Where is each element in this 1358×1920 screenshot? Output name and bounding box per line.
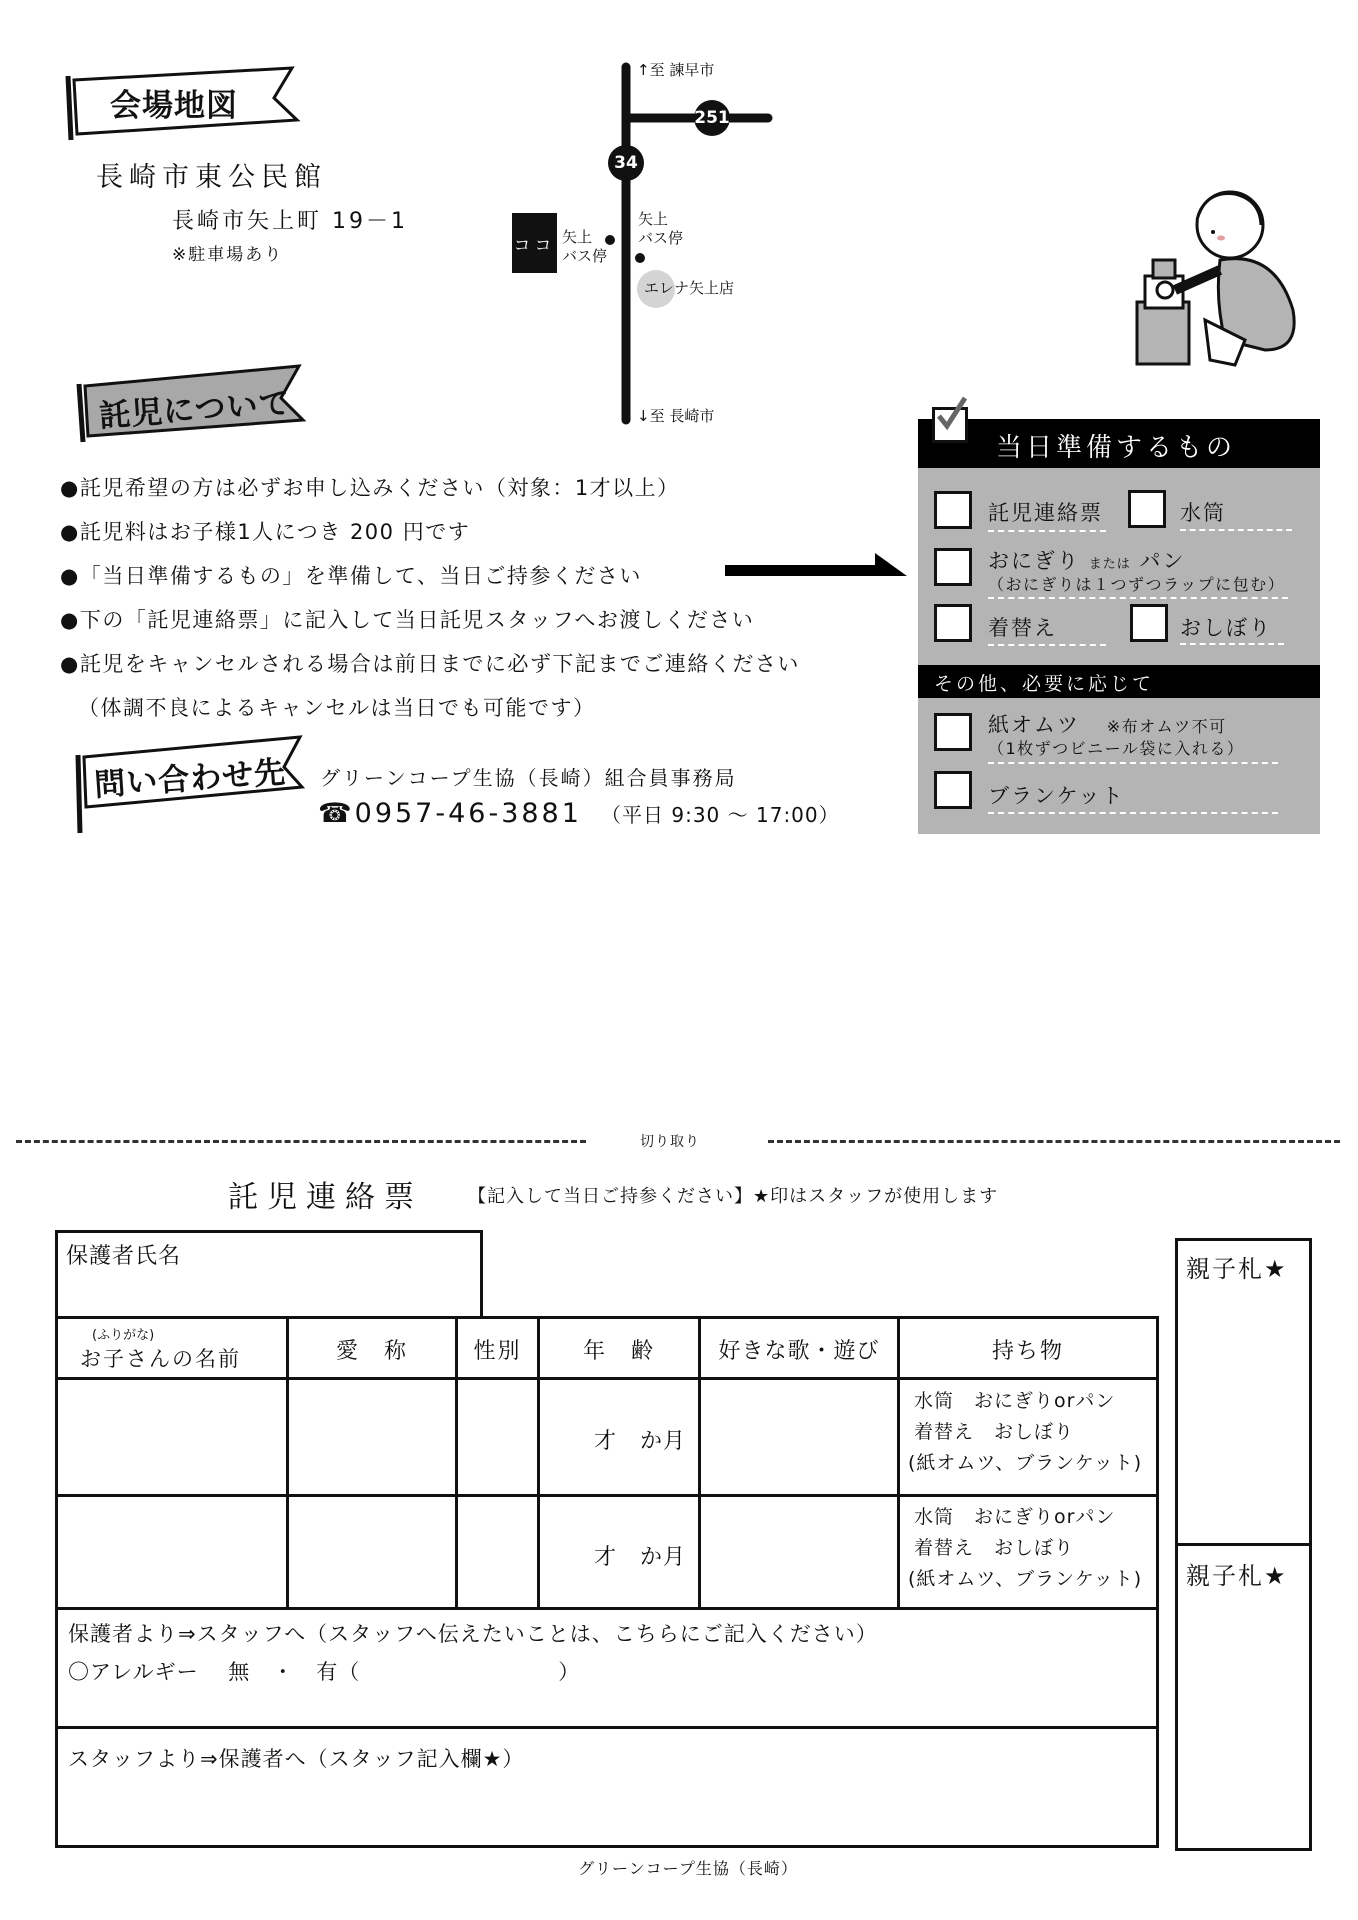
belongings-list: 水筒 おにぎりorパン 着替え おしぼり (紙オムツ、ブランケット) [908, 1502, 1142, 1595]
gender-input[interactable] [458, 1380, 537, 1494]
checkbox-diapers[interactable] [934, 713, 972, 751]
venue-heading-flag: 会場地図 [62, 58, 302, 138]
contact-phone-line: ☎0957-46-3881 （平日 9:30 ～ 17:00） [318, 798, 840, 829]
south-direction-label: ↓至 長崎市 [637, 407, 714, 426]
item-riceball-note: （おにぎりは１つずつラップに包む） [988, 572, 1285, 595]
item-contact-form: 託児連絡票 [988, 497, 1103, 527]
bus-stop-left-label: 矢上 バス停 [562, 228, 607, 266]
allergy-line: 〇アレルギー 無 ・ 有（ ） [68, 1656, 580, 1686]
venue-heading: 会場地図 [110, 80, 238, 125]
item-change-of-clothes: 着替え [988, 612, 1057, 642]
guardian-name-label: 保護者氏名 [66, 1239, 181, 1270]
venue-address: 長崎市矢上町 19－1 [172, 204, 408, 235]
about-heading-flag: 託児について [75, 362, 315, 440]
parent-child-tag[interactable]: 親子札★ [1175, 1543, 1312, 1851]
form-subtitle: 【記入して当日ご持参ください】★印はスタッフが使用します [468, 1182, 998, 1208]
child-name-input[interactable] [58, 1497, 286, 1607]
checklist-header: 当日準備するもの [918, 419, 1320, 468]
landmark-label: エレナ矢上店 [644, 279, 734, 298]
contact-heading-flag: 問い合わせ先 [72, 735, 312, 835]
parent-child-tag[interactable]: 親子札★ [1175, 1238, 1312, 1546]
favorite-input[interactable] [701, 1497, 897, 1607]
header-checkbox [932, 407, 968, 443]
phone-number[interactable]: 0957-46-3881 [355, 798, 582, 829]
col-header-belongings: 持ち物 [900, 1334, 1156, 1365]
dashed-underline [988, 597, 1288, 599]
parent-to-staff-field[interactable]: 保護者より⇒スタッフへ（スタッフへ伝えたいことは、こちらにご記入ください） 〇ア… [55, 1607, 1159, 1729]
route-34-badge: 34 [608, 145, 644, 181]
age-input[interactable]: 才 か月 [594, 1540, 686, 1571]
dashed-underline [1180, 529, 1292, 531]
guardian-name-field[interactable]: 保護者氏名 [55, 1230, 483, 1319]
checklist-panel: 当日準備するもの 託児連絡票 水筒 おにぎり または パン （おにぎりは１つずつ… [918, 419, 1320, 834]
about-item: ●下の「託児連絡票」に記入して当日託児スタッフへお渡しください [60, 604, 754, 634]
nickname-input[interactable] [289, 1497, 455, 1607]
arrow-right-icon [725, 552, 910, 586]
child-icon [1125, 180, 1325, 380]
optional-title: その他、必要に応じて [934, 669, 1154, 696]
about-item: ●託児料はお子様1人につき 200 円です [60, 516, 470, 546]
about-item: （体調不良によるキャンセルは当日でも可能です） [78, 692, 596, 722]
venue-parking-note: ※駐車場あり [172, 240, 283, 265]
phone-icon: ☎ [318, 798, 355, 829]
north-direction-label: ↑至 諫早市 [637, 61, 714, 80]
checklist-title: 当日準備するもの [996, 427, 1236, 464]
about-item: ●託児希望の方は必ずお申し込みください（対象：1才以上） [60, 472, 680, 502]
belongings-list: 水筒 おにぎりorパン 着替え おしぼり (紙オムツ、ブランケット) [908, 1386, 1142, 1479]
checkbox-change-of-clothes[interactable] [934, 604, 972, 642]
item-water-bottle: 水筒 [1180, 497, 1226, 527]
venue-name: 長崎市東公民館 [96, 155, 327, 194]
form-title: 託児連絡票 [228, 1172, 423, 1216]
parent-child-tag-label: 親子札★ [1186, 1556, 1288, 1591]
item-riceball-or-bread: おにぎり または パン [988, 545, 1185, 575]
item-blanket: ブランケット [988, 780, 1125, 810]
checkbox-blanket[interactable] [934, 771, 972, 809]
staff-to-parent-field[interactable]: スタッフより⇒保護者へ（スタッフ記入欄★） [55, 1726, 1159, 1848]
dashed-underline [988, 530, 1106, 532]
contact-organization: グリーンコープ生協（長崎）組合員事務局 [320, 762, 737, 791]
contact-hours: （平日 9:30 ～ 17:00） [601, 803, 840, 827]
footer-org: グリーンコープ生協（長崎） [578, 1856, 798, 1879]
dashed-underline [988, 812, 1278, 814]
nickname-input[interactable] [289, 1380, 455, 1494]
checkmark-icon [933, 394, 969, 430]
about-item: ●託児をキャンセルされる場合は前日までに必ず下記までご連絡ください [60, 648, 800, 678]
dashed-underline [988, 644, 1106, 646]
item-diapers: 紙オムツ ※布オムツ不可 [988, 709, 1227, 739]
bus-stop-right-dot [635, 253, 645, 263]
col-header-nickname: 愛 称 [289, 1334, 455, 1365]
age-input[interactable]: 才 か月 [594, 1424, 686, 1455]
venue-location-marker: ココ [512, 213, 557, 273]
parent-child-tag-label: 親子札★ [1186, 1249, 1288, 1284]
child-name-input[interactable] [58, 1380, 286, 1494]
checkbox-wet-towel[interactable] [1130, 604, 1168, 642]
bus-stop-left-dot [605, 235, 615, 245]
col-header-child-name: (ふりがな) お子さんの名前 [80, 1324, 241, 1373]
dashed-underline [1180, 643, 1284, 645]
cut-line-right [768, 1140, 1340, 1143]
bus-stop-right-label: 矢上 バス停 [638, 210, 683, 248]
dashed-underline [988, 762, 1278, 764]
col-header-gender: 性別 [458, 1334, 537, 1365]
gender-input[interactable] [458, 1497, 537, 1607]
access-map: ↑至 諫早市 251 34 ココ 矢上 バス停 矢上 バス停 エレナ矢上店 ↓至… [500, 55, 800, 435]
cut-line-label: 切り取り [640, 1131, 700, 1151]
route-251-badge: 251 [694, 100, 730, 136]
col-header-favorite: 好きな歌・遊び [701, 1334, 897, 1365]
parent-to-staff-label: 保護者より⇒スタッフへ（スタッフへ伝えたいことは、こちらにご記入ください） [68, 1618, 878, 1648]
optional-header: その他、必要に応じて [918, 665, 1320, 698]
checkbox-contact-form[interactable] [934, 491, 972, 529]
staff-to-parent-label: スタッフより⇒保護者へ（スタッフ記入欄★） [68, 1743, 524, 1773]
col-header-age: 年 齢 [540, 1334, 698, 1365]
item-diapers-note: （1枚ずつビニール袋に入れる） [988, 736, 1244, 759]
about-item: ●「当日準備するもの」を準備して、当日ご持参ください [60, 560, 642, 590]
child-playing-blocks-illustration [1125, 180, 1325, 380]
checkbox-water-bottle[interactable] [1128, 490, 1166, 528]
cut-line-left [16, 1140, 586, 1143]
checkbox-riceball-or-bread[interactable] [934, 548, 972, 586]
favorite-input[interactable] [701, 1380, 897, 1494]
item-wet-towel: おしぼり [1180, 612, 1272, 642]
